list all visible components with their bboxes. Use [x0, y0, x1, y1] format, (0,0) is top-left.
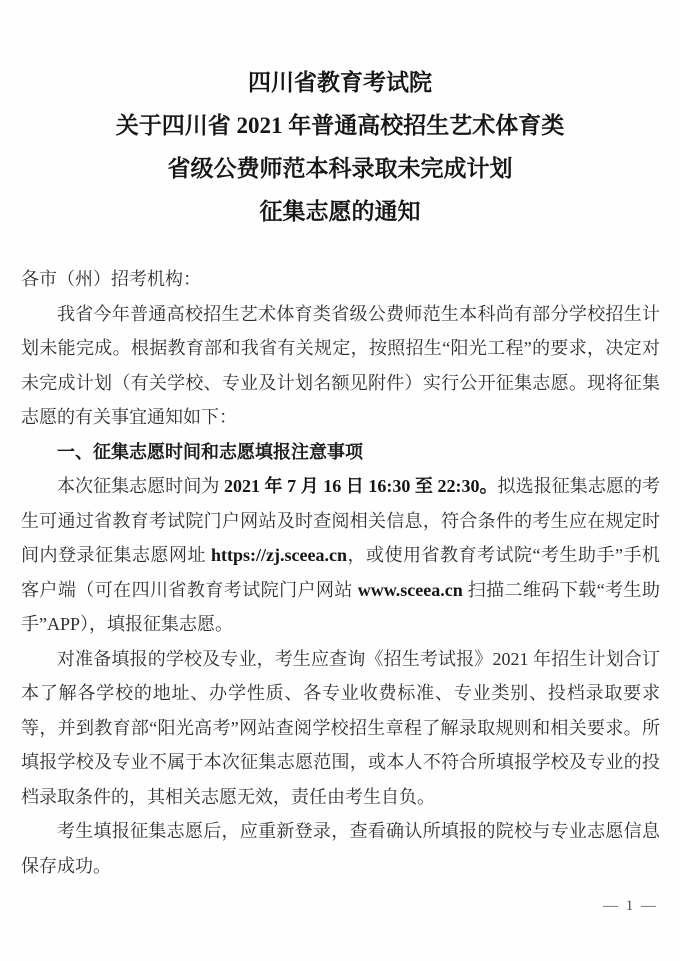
deadline-datetime: 2021 年 7 月 16 日 16:30 至 22:30。 [224, 476, 498, 496]
title-line-subject-2: 省级公费师范本科录取未完成计划 [0, 147, 680, 190]
document-body: 各市（州）招考机构： 我省今年普通高校招生艺术体育类省级公费师范生本科尚有部分学… [21, 262, 660, 883]
section-heading-1: 一、征集志愿时间和志愿填报注意事项 [21, 435, 660, 470]
title-line-issuer: 四川省教育考试院 [0, 61, 680, 104]
title-line-subject-1: 关于四川省 2021 年普通高校招生艺术体育类 [0, 104, 680, 147]
salutation: 各市（州）招考机构： [21, 262, 660, 297]
document-title: 四川省教育考试院 关于四川省 2021 年普通高校招生艺术体育类 省级公费师范本… [0, 0, 680, 233]
application-url: https://zj.sceea.cn [211, 545, 347, 565]
title-line-subject-3: 征集志愿的通知 [0, 190, 680, 233]
document-page: 四川省教育考试院 关于四川省 2021 年普通高校招生艺术体育类 省级公费师范本… [0, 0, 680, 961]
paragraph-confirm-save: 考生填报征集志愿后，应重新登录，查看确认所填报的院校与专业志愿信息保存成功。 [21, 814, 660, 883]
paragraph-intro: 我省今年普通高校招生艺术体育类省级公费师范生本科尚有部分学校招生计划未能完成。根… [21, 297, 660, 435]
page-number: — 1 — [603, 895, 658, 917]
paragraph-query-requirements: 对准备填报的学校及专业，考生应查询《招生考试报》2021 年招生计划合订本了解各… [21, 642, 660, 815]
time-paragraph-lead: 本次征集志愿时间为 [57, 476, 224, 496]
portal-site-url: www.sceea.cn [358, 580, 463, 600]
paragraph-time-and-url: 本次征集志愿时间为 2021 年 7 月 16 日 16:30 至 22:30。… [21, 469, 660, 642]
